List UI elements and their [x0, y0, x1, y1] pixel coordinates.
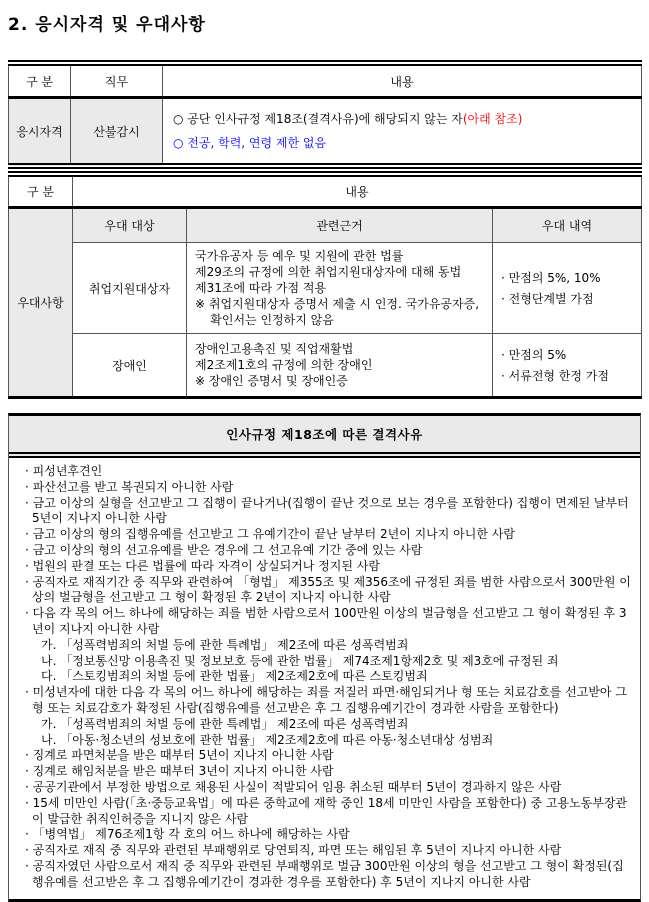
preference-row-employment-support: 취업지원대상자 국가유공자 등 예우 및 지원에 관한 법률제29조의 규정에 …: [9, 243, 642, 334]
disqualification-item: · 피성년후견인: [17, 464, 632, 480]
disqualification-item-text: 미성년자에 대한 다음 각 목의 어느 하나에 해당하는 죄를 저질러 파면·해…: [32, 685, 627, 715]
header-category: 구 분: [9, 63, 71, 98]
basis-cell: 장애인고용촉진 및 직업재활법제2조제1호의 규정에 의한 장애인※ 장애인 증…: [187, 334, 493, 398]
eligibility-line-2: ○ 전공, 학력, 연령 제한 없음: [173, 131, 631, 155]
disqualification-item: · 금고 이상의 실형을 선고받고 그 집행이 끝나거나(집행이 끝난 것으로 …: [17, 496, 632, 528]
text-line: · 서류전형 한정 가점: [501, 368, 633, 384]
bullet-marker: ·: [25, 796, 33, 810]
text-line: 국가유공자 등 예우 및 지원에 관한 법률: [195, 248, 484, 264]
bullet-marker: ·: [25, 527, 33, 541]
subheader-target: 우대 대상: [73, 208, 187, 243]
text-line: 제2조제1호의 규정에 의한 장애인: [195, 357, 484, 373]
disqualification-item-text: 다음 각 목의 어느 하나에 해당하는 죄를 범한 사람으로서 100만원 이상…: [32, 606, 627, 636]
disqualification-subitem: 가. 「성폭력범죄의 처벌 등에 관한 특례법」 제2조에 따른 성폭력범죄: [17, 638, 632, 654]
disqualification-item: · 금고 이상의 형의 선고유예를 받은 경우에 그 선고유예 기간 중에 있는…: [17, 543, 632, 559]
eligibility-text-red: (아래 참조): [463, 112, 523, 126]
disqualification-item-text: 공직자로 재직기간 중 직무와 관련하여 「형법」 제355조 및 제356조에…: [32, 575, 631, 605]
text-line: 제29조의 규정에 의한 취업지원대상자에 대해 동법: [195, 264, 484, 280]
target-cell: 취업지원대상자: [73, 243, 187, 334]
subheader-benefit: 우대 내역: [493, 208, 642, 243]
disqualification-item: · 미성년자에 대한 다음 각 목의 어느 하나에 해당하는 죄를 저질러 파면…: [17, 685, 632, 717]
category-cell: 응시자격: [9, 98, 71, 167]
bullet-marker: ·: [25, 496, 33, 510]
text-line: 확인서는 인정하지 않음: [195, 312, 484, 328]
bullet-marker: ·: [25, 859, 33, 873]
disqualification-box: 인사규정 제18조에 따른 결격사유 · 피성년후견인· 파산선고를 받고 복권…: [8, 413, 641, 902]
disqualification-item: · 법원의 판결 또는 다른 법률에 따라 자격이 상실되거나 정지된 사람: [17, 559, 632, 575]
disqualification-subitem: 다. 「스토킹범죄의 처벌 등에 관한 법률」 제2조제2호에 따른 스토킹범죄: [17, 669, 632, 685]
disqualification-item-text: 공직자로 재직 중 직무와 관련된 부패행위로 당연퇴직, 파면 또는 해임된 …: [33, 843, 562, 857]
text-line: ※ 취업지원대상자 증명서 제출 시 인정. 국가유공자증,: [195, 296, 484, 312]
preference-subheader-row: 우대사항 우대 대상 관련근거 우대 내역: [9, 208, 642, 243]
disqualification-item: · 공직자였던 사람으로서 재직 중 직무와 관련된 부패행위로 벌금 300만…: [17, 859, 632, 891]
text-line: · 전형단계별 가점: [501, 291, 633, 307]
document-page: 2. 응시자격 및 우대사항 구 분 직무 내용 응시자격 산불감시 ○ 공단 …: [0, 0, 649, 902]
disqualification-item-text: 파산선고를 받고 복권되지 아니한 사람: [33, 480, 234, 494]
header-content: 내용: [163, 63, 642, 98]
job-cell: 산불감시: [71, 98, 163, 167]
bullet-marker: ·: [25, 480, 33, 494]
eligibility-text-black: ○ 공단 인사규정 제18조(결격사유)에 해당되지 않는 자: [173, 112, 463, 126]
disqualification-item: · 파산선고를 받고 복권되지 아니한 사람: [17, 480, 632, 496]
page-title: 2. 응시자격 및 우대사항: [8, 10, 641, 35]
bullet-marker: ·: [25, 748, 33, 762]
bullet-marker: ·: [25, 543, 33, 557]
preference-header-row: 구 분 내용: [9, 174, 642, 208]
disqualification-item-text: 법원의 판결 또는 다른 법률에 따라 자격이 상실되거나 정지된 사람: [33, 559, 380, 573]
bullet-marker: ·: [25, 464, 33, 478]
text-line: 장애인고용촉진 및 직업재활법: [195, 341, 484, 357]
disqualification-subitem: 나. 「아동·청소년의 성보호에 관한 법률」 제2조제2호에 따른 아동·청소…: [17, 733, 632, 749]
preference-category-cell: 우대사항: [9, 208, 73, 398]
disqualification-item-text: 금고 이상의 실형을 선고받고 그 집행이 끝나거나(집행이 끝난 것으로 보는…: [32, 496, 629, 526]
disqualification-item-text: 공직자였던 사람으로서 재직 중 직무와 관련된 부패행위로 벌금 300만원 …: [32, 859, 624, 889]
disqualification-list: · 피성년후견인· 파산선고를 받고 복권되지 아니한 사람· 금고 이상의 실…: [9, 458, 640, 899]
disqualification-item: · 징계로 파면처분을 받은 때부터 5년이 지나지 아니한 사람: [17, 748, 632, 764]
bullet-marker: ·: [25, 764, 33, 778]
eligibility-header-row: 구 분 직무 내용: [9, 63, 642, 98]
disqualification-item-text: 금고 이상의 형의 집행유예를 선고받고 그 유예기간이 끝난 날부터 2년이 …: [33, 527, 515, 541]
bullet-marker: ·: [25, 559, 33, 573]
header-job: 직무: [71, 63, 163, 98]
disqualification-title: 인사규정 제18조에 따른 결격사유: [9, 416, 640, 458]
eligibility-content-cell: ○ 공단 인사규정 제18조(결격사유)에 해당되지 않는 자(아래 참조) ○…: [163, 98, 642, 167]
disqualification-item: · 공직자로 재직 중 직무와 관련된 부패행위로 당연퇴직, 파면 또는 해임…: [17, 843, 632, 859]
subheader-basis: 관련근거: [187, 208, 493, 243]
disqualification-item-text: 공공기관에서 부정한 방법으로 채용된 사실이 적발되어 임용 취소된 때부터 …: [33, 780, 562, 794]
eligibility-table: 구 분 직무 내용 응시자격 산불감시 ○ 공단 인사규정 제18조(결격사유)…: [8, 60, 642, 169]
disqualification-item-text: 금고 이상의 형의 선고유예를 받은 경우에 그 선고유예 기간 중에 있는 사…: [33, 543, 423, 557]
disqualification-item-text: 15세 미만인 사람(「초·중등교육법」에 따른 중학교에 재학 중인 18세 …: [32, 796, 627, 826]
disqualification-item-text: 징계로 파면처분을 받은 때부터 5년이 지나지 아니한 사람: [33, 748, 334, 762]
disqualification-item-text: 징계로 해임처분을 받은 때부터 3년이 지나지 아니한 사람: [33, 764, 334, 778]
disqualification-item-text: 피성년후견인: [33, 464, 103, 478]
disqualification-item-text: 「병역법」 제76조제1항 각 호의 어느 하나에 해당하는 사람: [33, 827, 350, 841]
pref-header-content: 내용: [73, 174, 642, 208]
basis-cell: 국가유공자 등 예우 및 지원에 관한 법률제29조의 규정에 의한 취업지원대…: [187, 243, 493, 334]
disqualification-item: · 금고 이상의 형의 집행유예를 선고받고 그 유예기간이 끝난 날부터 2년…: [17, 527, 632, 543]
bullet-marker: ·: [25, 827, 33, 841]
target-cell: 장애인: [73, 334, 187, 398]
benefit-cell: · 만점의 5%, 10%· 전형단계별 가점: [493, 243, 642, 334]
disqualification-subitem: 나. 「정보통신망 이용촉진 및 정보보호 등에 관한 법률」 제74조제1항제…: [17, 654, 632, 670]
text-line: · 만점의 5%, 10%: [501, 270, 633, 286]
disqualification-item: · 공직자로 재직기간 중 직무와 관련하여 「형법」 제355조 및 제356…: [17, 575, 632, 607]
benefit-cell: · 만점의 5%· 서류전형 한정 가점: [493, 334, 642, 398]
text-line: ※ 장애인 증명서 및 장애인증: [195, 373, 484, 389]
text-line: 제31조에 따라 가점 적용: [195, 280, 484, 296]
eligibility-line-1: ○ 공단 인사규정 제18조(결격사유)에 해당되지 않는 자(아래 참조): [173, 107, 631, 131]
disqualification-item: · 징계로 해임처분을 받은 때부터 3년이 지나지 아니한 사람: [17, 764, 632, 780]
disqualification-item: · 공공기관에서 부정한 방법으로 채용된 사실이 적발되어 임용 취소된 때부…: [17, 780, 632, 796]
disqualification-item: · 「병역법」 제76조제1항 각 호의 어느 하나에 해당하는 사람: [17, 827, 632, 843]
disqualification-subitem: 가. 「성폭력범죄의 처벌 등에 관한 특례법」 제2조에 따른 성폭력범죄: [17, 717, 632, 733]
disqualification-item: · 15세 미만인 사람(「초·중등교육법」에 따른 중학교에 재학 중인 18…: [17, 796, 632, 828]
eligibility-data-row: 응시자격 산불감시 ○ 공단 인사규정 제18조(결격사유)에 해당되지 않는 …: [9, 98, 642, 167]
bullet-marker: ·: [25, 780, 33, 794]
bullet-marker: ·: [25, 606, 33, 620]
preference-table: 구 분 내용 우대사항 우대 대상 관련근거 우대 내역 취업지원대상자 국가유…: [8, 171, 642, 399]
pref-header-category: 구 분: [9, 174, 73, 208]
disqualification-item: · 다음 각 목의 어느 하나에 해당하는 죄를 범한 사람으로서 100만원 …: [17, 606, 632, 638]
bullet-marker: ·: [25, 575, 33, 589]
bullet-marker: ·: [25, 843, 33, 857]
preference-row-disabled: 장애인 장애인고용촉진 및 직업재활법제2조제1호의 규정에 의한 장애인※ 장…: [9, 334, 642, 398]
bullet-marker: ·: [25, 685, 33, 699]
text-line: · 만점의 5%: [501, 347, 633, 363]
